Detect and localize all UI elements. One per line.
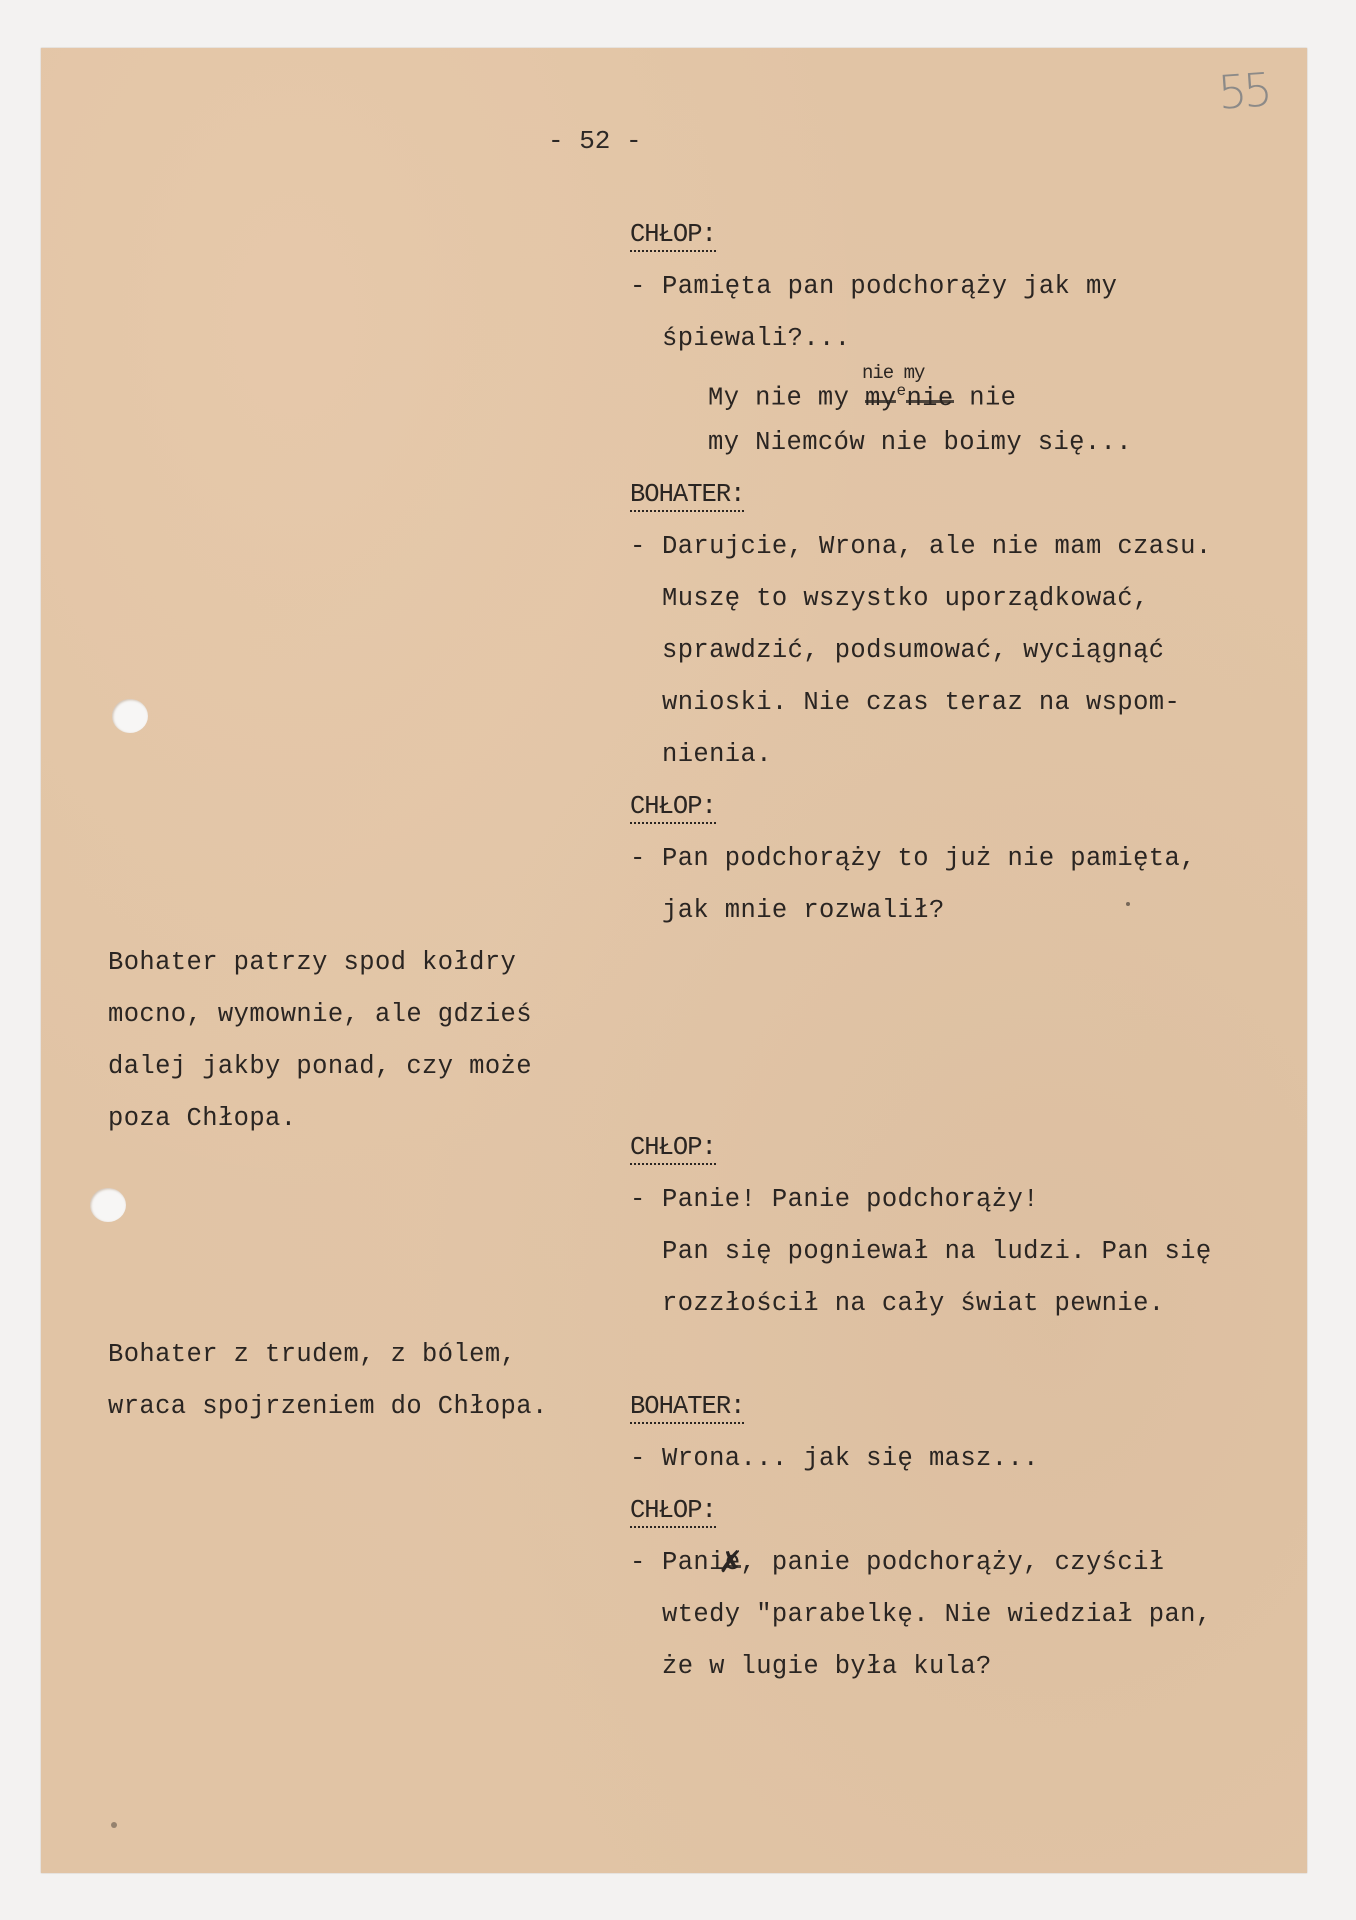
- dialogue-line: wtedy "parabelkę. Nie wiedział pan,: [662, 1600, 1212, 1630]
- dialogue-line: Pan się pogniewał na ludzi. Pan się: [662, 1237, 1212, 1267]
- stage-direction-line: mocno, wymownie, ale gdzieś: [108, 1000, 532, 1030]
- dialogue-dash: -: [630, 1444, 646, 1474]
- speaker-label: CHŁOP:: [630, 1496, 716, 1526]
- punch-hole: [112, 699, 148, 733]
- dialogue-line: Pan podchorąży to już nie pamięta,: [662, 844, 1196, 874]
- struck-word: nie: [906, 384, 953, 414]
- stage-direction-line: poza Chłopa.: [108, 1104, 296, 1134]
- dialogue-line: że w lugie była kula?: [662, 1652, 992, 1682]
- stage-direction-line: dalej jakby ponad, czy może: [108, 1052, 532, 1082]
- dialogue-line: Wrona... jak się masz...: [662, 1444, 1039, 1474]
- handwritten-x-mark-icon: ✗: [718, 1545, 743, 1580]
- ink-speck: [1126, 902, 1130, 906]
- dialogue-line: Panie! Panie podchorąży!: [662, 1185, 1039, 1215]
- dialogue-line: jak mnie rozwalił?: [662, 896, 945, 926]
- speaker-label: BOHATER:: [630, 1392, 744, 1422]
- ink-speck: [111, 1822, 117, 1828]
- dialogue-line: Muszę to wszystko uporządkować,: [662, 584, 1149, 614]
- dialogue-line: nienia.: [662, 740, 772, 770]
- dialogue-dash: -: [630, 272, 646, 302]
- song-line: my Niemców nie boimy się...: [708, 428, 1132, 458]
- pencil-page-number: 55: [1216, 62, 1270, 119]
- punch-hole: [90, 1188, 126, 1222]
- dialogue-line: śpiewali?...: [662, 324, 850, 354]
- typed-page-number: - 52 -: [548, 126, 642, 156]
- dialogue-dash: -: [630, 532, 646, 562]
- dialogue-line: Pamięta pan podchorąży jak my: [662, 272, 1117, 302]
- struck-word: my: [865, 384, 896, 414]
- stage-direction-line: wraca spojrzeniem do Chłopa.: [108, 1392, 548, 1422]
- speaker-label: CHŁOP:: [630, 220, 716, 250]
- dialogue-line: rozzłościł na cały świat pewnie.: [662, 1289, 1164, 1319]
- dialogue-dash: -: [630, 1185, 646, 1215]
- dialogue-line: wnioski. Nie czas teraz na wspom-: [662, 688, 1180, 718]
- song-line: My nie my myenie nie: [708, 376, 1016, 414]
- speaker-label: CHŁOP:: [630, 792, 716, 822]
- speaker-label: BOHATER:: [630, 480, 744, 510]
- dialogue-line: Darujcie, Wrona, ale nie mam czasu.: [662, 532, 1212, 562]
- correction-caret: e: [896, 382, 906, 400]
- dialogue-dash: -: [630, 1548, 646, 1578]
- stage-direction-line: Bohater patrzy spod kołdry: [108, 948, 516, 978]
- stage-direction-line: Bohater z trudem, z bólem,: [108, 1340, 516, 1370]
- dialogue-dash: -: [630, 844, 646, 874]
- dialogue-line: sprawdzić, podsumować, wyciągnąć: [662, 636, 1164, 666]
- speaker-label: CHŁOP:: [630, 1133, 716, 1163]
